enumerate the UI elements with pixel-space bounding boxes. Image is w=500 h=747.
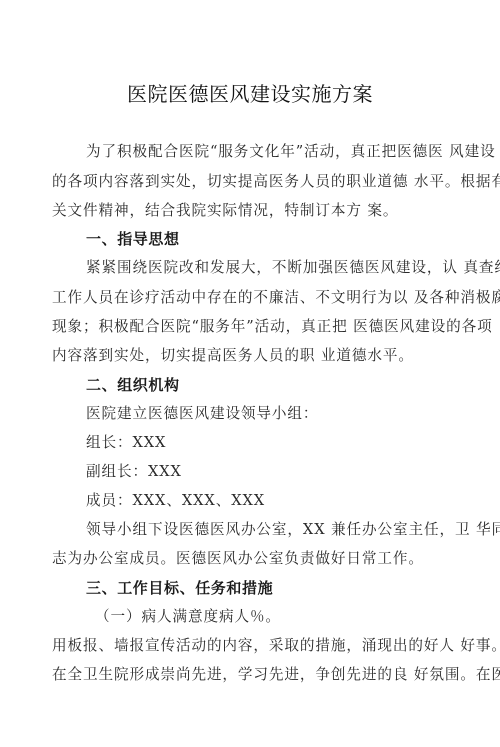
- document-page: 医院医德医风建设实施方案 为了积极配合医院“服务文化年”活动，真正把医德医 风建…: [0, 0, 500, 747]
- section-3-subitem-1: （一）病人满意度病人％。: [95, 607, 495, 627]
- section-2-heading: 二、组织机构: [86, 375, 180, 395]
- document-title: 医院医德医风建设实施方案: [0, 78, 500, 107]
- section-1-heading: 一、指导思想: [86, 229, 180, 249]
- section-2-line-6: 志为办公室成员。医德医风办公室负责做好日常工作。: [52, 549, 452, 569]
- section-1-line-2: 工作人员在诊疗活动中存在的不廉洁、不文明行为以 及各种消极腐: [52, 288, 452, 308]
- section-2-line-5: 领导小组下设医德医风办公室，XX 兼任办公室主任，卫 华同: [86, 520, 486, 540]
- section-2-line-1: 医院建立医德医风建设领导小组：: [86, 404, 486, 424]
- section-3-heading: 三、工作目标、任务和措施: [86, 578, 273, 598]
- intro-line-3: 关文件精神，结合我院实际情况，特制订本方 案。: [52, 201, 452, 221]
- intro-line-2: 的各项内容落到实处，切实提高医务人员的职业道德 水平。根据有: [52, 172, 452, 192]
- section-2-members: 成员：XXX、XXX、XXX: [86, 491, 486, 511]
- section-3-line-2: 用板报、墙报宣传活动的内容，采取的措施，涌现出的好人 好事。: [52, 636, 452, 656]
- section-1-line-1: 紧紧围绕医院改和发展大，不断加强医德医风建设，认 真查纠: [86, 258, 486, 278]
- intro-line-1: 为了积极配合医院“服务文化年”活动，真正把医德医 风建设: [86, 142, 486, 162]
- section-3-line-3: 在全卫生院形成崇尚先进，学习先进，争创先进的良 好氛围。在医: [52, 665, 452, 685]
- section-2-deputy: 副组长：XXX: [86, 462, 486, 482]
- section-1-line-3: 现象；积极配合医院“服务年”活动，真正把 医德医风建设的各项: [52, 317, 452, 337]
- section-1-line-4: 内容落到实处，切实提高医务人员的职 业道德水平。: [52, 346, 452, 366]
- section-2-leader: 组长：XXX: [86, 433, 486, 453]
